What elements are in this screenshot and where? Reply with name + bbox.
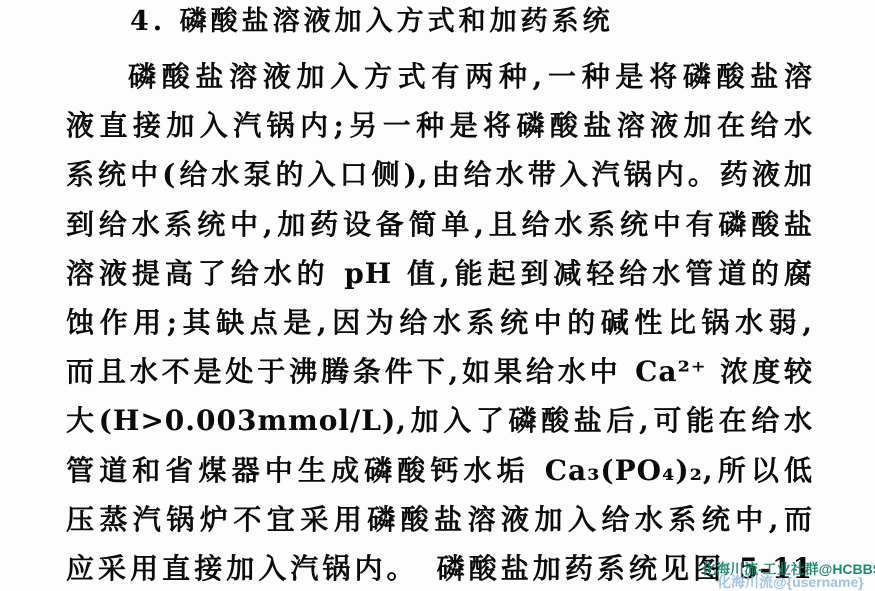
section-heading: 4. 磷酸盐溶液加入方式和加药系统 xyxy=(130,5,614,39)
text-line: 压蒸汽锅炉不宜采用磷酸盐溶液加入给水系统中,而 xyxy=(66,495,813,544)
text-line: 溶液提高了给水的 pH 值,能起到减轻给水管道的腐 xyxy=(66,249,813,298)
text-line: 液直接加入汽锅内;另一种是将磷酸盐溶液加在给水 xyxy=(66,101,813,150)
text-line: 到给水系统中,加药设备简单,且给水系统中有磷酸盐 xyxy=(66,200,813,249)
text-line: 管道和省煤器中生成磷酸钙水垢 Ca₃(PO₄)₂,所以低 xyxy=(66,446,813,495)
text-line: 大(H>0.003mmol/L),加入了磷酸盐后,可能在给水 xyxy=(66,396,813,445)
text-line: 磷酸盐溶液加入方式有两种,一种是将磷酸盐溶 xyxy=(66,52,813,101)
text-line: 蚀作用;其缺点是,因为给水系统中的碱性比锅水弱, xyxy=(66,298,813,347)
body-paragraph: 磷酸盐溶液加入方式有两种,一种是将磷酸盐溶 液直接加入汽锅内;另一种是将磷酸盐溶… xyxy=(66,52,813,591)
text-line: 应采用直接加入汽锅内。 磷酸盐加药系统见图 5-11 xyxy=(66,544,813,591)
scanned-document-page: 4. 磷酸盐溶液加入方式和加药系统 磷酸盐溶液加入方式有两种,一种是将磷酸盐溶 … xyxy=(0,0,875,591)
text-line: 而且水不是处于沸腾条件下,如果给水中 Ca²⁺ 浓度较 xyxy=(66,347,813,396)
text-line: 系统中(给水泵的入口侧),由给水带入汽锅内。药液加 xyxy=(66,150,813,199)
